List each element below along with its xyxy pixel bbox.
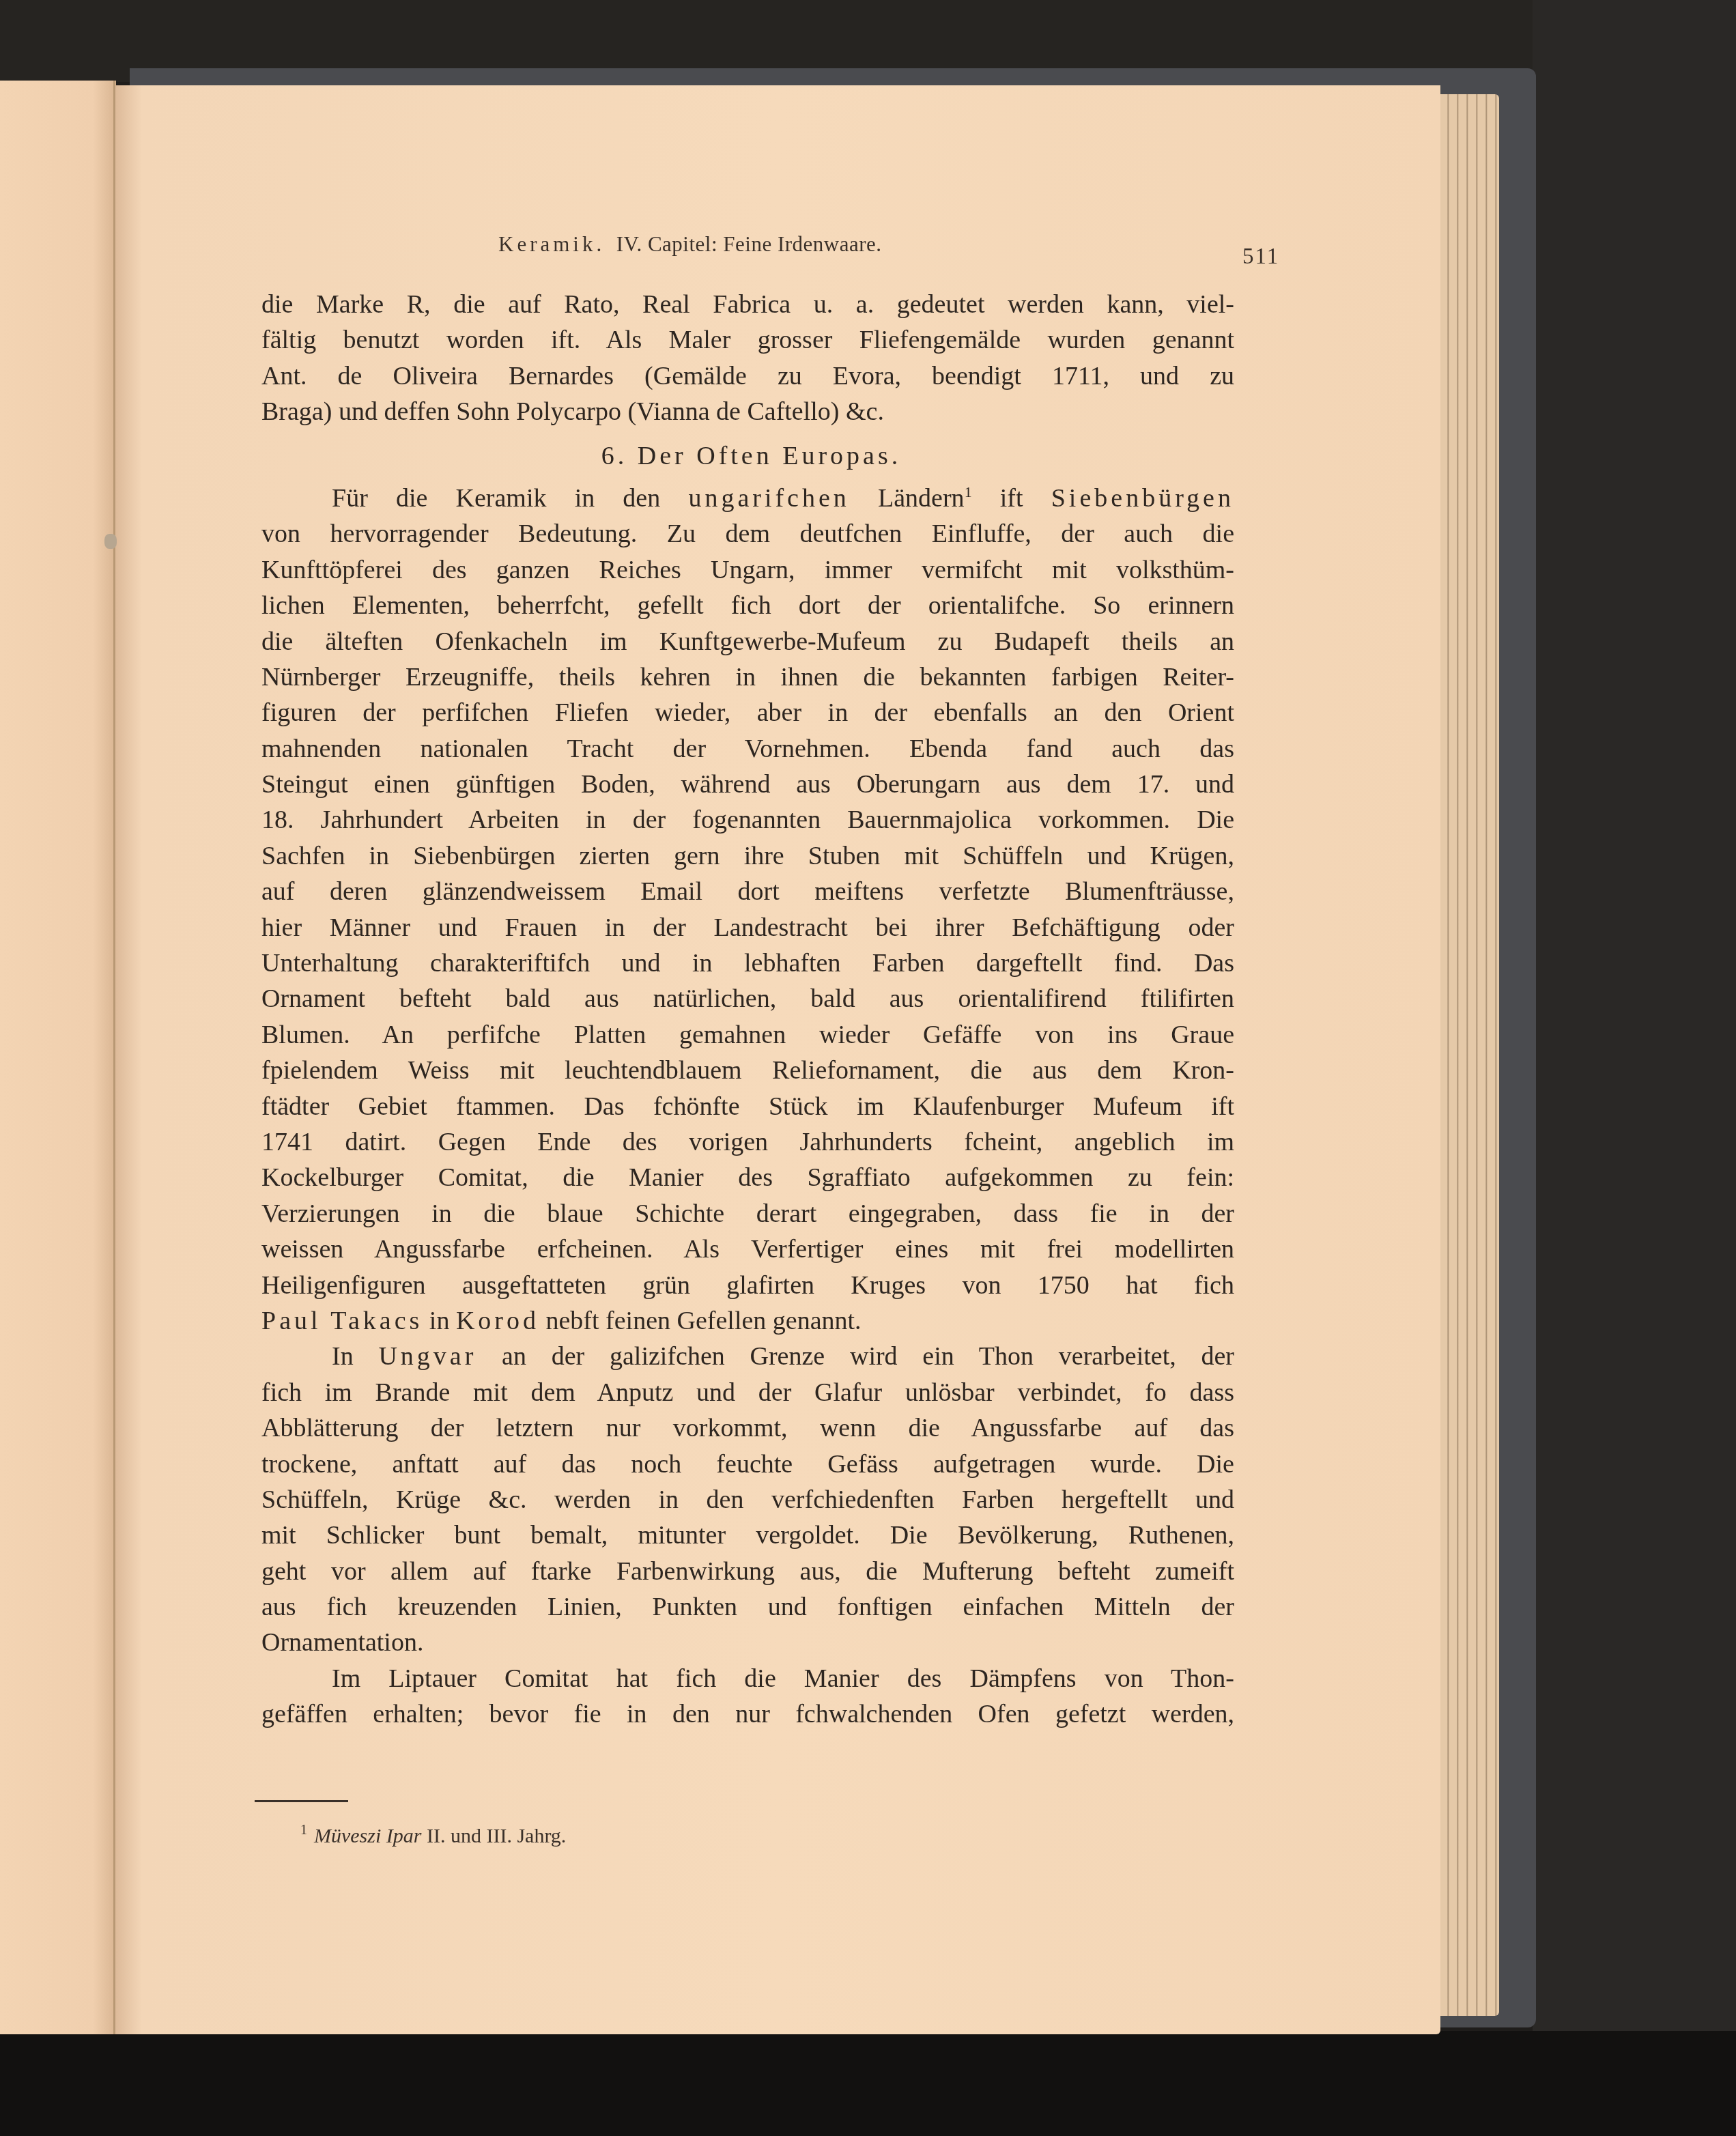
footnote-mark: 1 bbox=[300, 1823, 307, 1838]
body-text: die Marke R, die auf Rato, Real Fabrica … bbox=[261, 287, 1234, 1733]
text-line: die Marke R, die auf Rato, Real Fabrica … bbox=[261, 287, 1234, 322]
text-line: von hervorragender Bedeutung. Zu dem deu… bbox=[261, 516, 1234, 552]
text-line: Ant. de Oliveira Bernardes (Gemälde zu E… bbox=[261, 358, 1234, 394]
spaced-term: Siebenbürgen bbox=[1051, 484, 1234, 513]
text-line: aus fich kreuzenden Linien, Punkten und … bbox=[261, 1589, 1234, 1625]
text-line: lichen Elementen, beherrfcht, gefellt fi… bbox=[261, 588, 1234, 623]
text-line: Ornament befteht bald aus natürlichen, b… bbox=[261, 981, 1234, 1016]
footnote-reference[interactable]: 1 bbox=[965, 483, 972, 500]
text-line: Unterhaltung charakteriftifch und in leb… bbox=[261, 945, 1234, 981]
paragraph-last-line: Ornamentation. bbox=[261, 1625, 1234, 1660]
paragraph-first-line: Im Liptauer Comitat hat fich die Manier … bbox=[261, 1661, 1234, 1696]
text-line: die älteften Ofenkacheln im Kunftgewerbe… bbox=[261, 624, 1234, 659]
page-number: 511 bbox=[1242, 244, 1279, 270]
binding-thread-mark bbox=[104, 534, 117, 549]
text-line: gefäffen erhalten; bevor fie in den nur … bbox=[261, 1696, 1234, 1732]
text-line: Nürnberger Erzeugniffe, theils kehren in… bbox=[261, 659, 1234, 695]
text-line: auf deren glänzendweissem Email dort mei… bbox=[261, 874, 1234, 909]
text-run: an der galizifchen Grenze wird ein Thon … bbox=[476, 1342, 1234, 1371]
text-line: Braga) und deffen Sohn Polycarpo (Vianna… bbox=[261, 394, 1234, 429]
paragraph-first-line: In Ungvar an der galizifchen Grenze wird… bbox=[261, 1339, 1234, 1374]
text-line: weissen Angussfarbe erfcheinen. Als Verf… bbox=[261, 1231, 1234, 1267]
text-line: mahnenden nationalen Tracht der Vornehme… bbox=[261, 731, 1234, 767]
text-line: mit Schlicker bunt bemalt, mitunter verg… bbox=[261, 1518, 1234, 1553]
running-head-chapter: IV. Capitel: Feine Irdenwaare. bbox=[616, 232, 882, 256]
text-line: Heiligenfiguren ausgeftatteten grün glaf… bbox=[261, 1268, 1234, 1303]
text-line: Blumen. An perfifche Platten gemahnen wi… bbox=[261, 1017, 1234, 1053]
spaced-term: Ungvar bbox=[378, 1342, 476, 1371]
footnote-text: II. und III. Jahrg. bbox=[421, 1825, 566, 1847]
text-line: Schüffeln, Krüge &c. werden in den verfc… bbox=[261, 1482, 1234, 1518]
text-line: Verzierungen in die blaue Schichte derar… bbox=[261, 1196, 1234, 1231]
text-line: 18. Jahrhundert Arbeiten in der fogenann… bbox=[261, 802, 1234, 838]
left-page-edge bbox=[0, 81, 116, 2034]
text-line: geht vor allem auf ftarke Farbenwirkung … bbox=[261, 1554, 1234, 1589]
text-line: fältig benutzt worden ift. Als Maler gro… bbox=[261, 322, 1234, 358]
text-line: hier Männer und Frauen in der Landestrac… bbox=[261, 910, 1234, 945]
text-line: fich im Brande mit dem Anputz und der Gl… bbox=[261, 1375, 1234, 1410]
text-line: figuren der perfifchen Fliefen wieder, a… bbox=[261, 695, 1234, 730]
section-heading: 6. Der Often Europas. bbox=[261, 438, 1234, 474]
book-gutter bbox=[113, 81, 115, 2034]
footnote-source-title: Müveszi Ipar bbox=[314, 1825, 421, 1847]
spaced-term: Korod bbox=[456, 1307, 539, 1335]
footnote: 1Müveszi Ipar II. und III. Jahrg. bbox=[300, 1823, 566, 1848]
spaced-term: Paul Takacs bbox=[261, 1307, 423, 1335]
text-run: In bbox=[332, 1342, 378, 1371]
text-line: trockene, anftatt auf das noch feuchte G… bbox=[261, 1447, 1234, 1482]
text-line: 1741 datirt. Gegen Ende des vorigen Jahr… bbox=[261, 1124, 1234, 1160]
running-head: Keramik. IV. Capitel: Feine Irdenwaare. bbox=[498, 232, 882, 257]
background-bottom bbox=[0, 2031, 1736, 2136]
spaced-term: ungarifchen bbox=[688, 484, 849, 513]
paragraph-last-line: Paul Takacs in Korod nebft feinen Gefell… bbox=[261, 1303, 1234, 1339]
text-line: fpielendem Weiss mit leuchtendblauem Rel… bbox=[261, 1053, 1234, 1088]
text-line: Kunfttöpferei des ganzen Reiches Ungarn,… bbox=[261, 552, 1234, 588]
text-run: Für die Keramik in den bbox=[332, 484, 688, 513]
text-run: ift bbox=[972, 484, 1051, 513]
background-right bbox=[1533, 0, 1736, 2136]
text-run: Ländern bbox=[850, 484, 965, 513]
text-line: Steingut einen günftigen Boden, während … bbox=[261, 767, 1234, 802]
running-head-keyword: Keramik. bbox=[498, 232, 605, 256]
footnote-divider bbox=[255, 1800, 348, 1802]
text-line: Sachfen in Siebenbürgen zierten gern ihr… bbox=[261, 838, 1234, 874]
book-page-edges bbox=[1434, 94, 1499, 2016]
text-run: nebft feinen Gefellen genannt. bbox=[539, 1307, 862, 1335]
paragraph-first-line: Für die Keramik in den ungarifchen Lände… bbox=[261, 481, 1234, 516]
text-line: Kockelburger Comitat, die Manier des Sgr… bbox=[261, 1160, 1234, 1195]
text-line: Abblätterung der letztern nur vorkommt, … bbox=[261, 1410, 1234, 1446]
text-run: in bbox=[423, 1307, 456, 1335]
text-line: ftädter Gebiet ftammen. Das fchönfte Stü… bbox=[261, 1089, 1234, 1124]
